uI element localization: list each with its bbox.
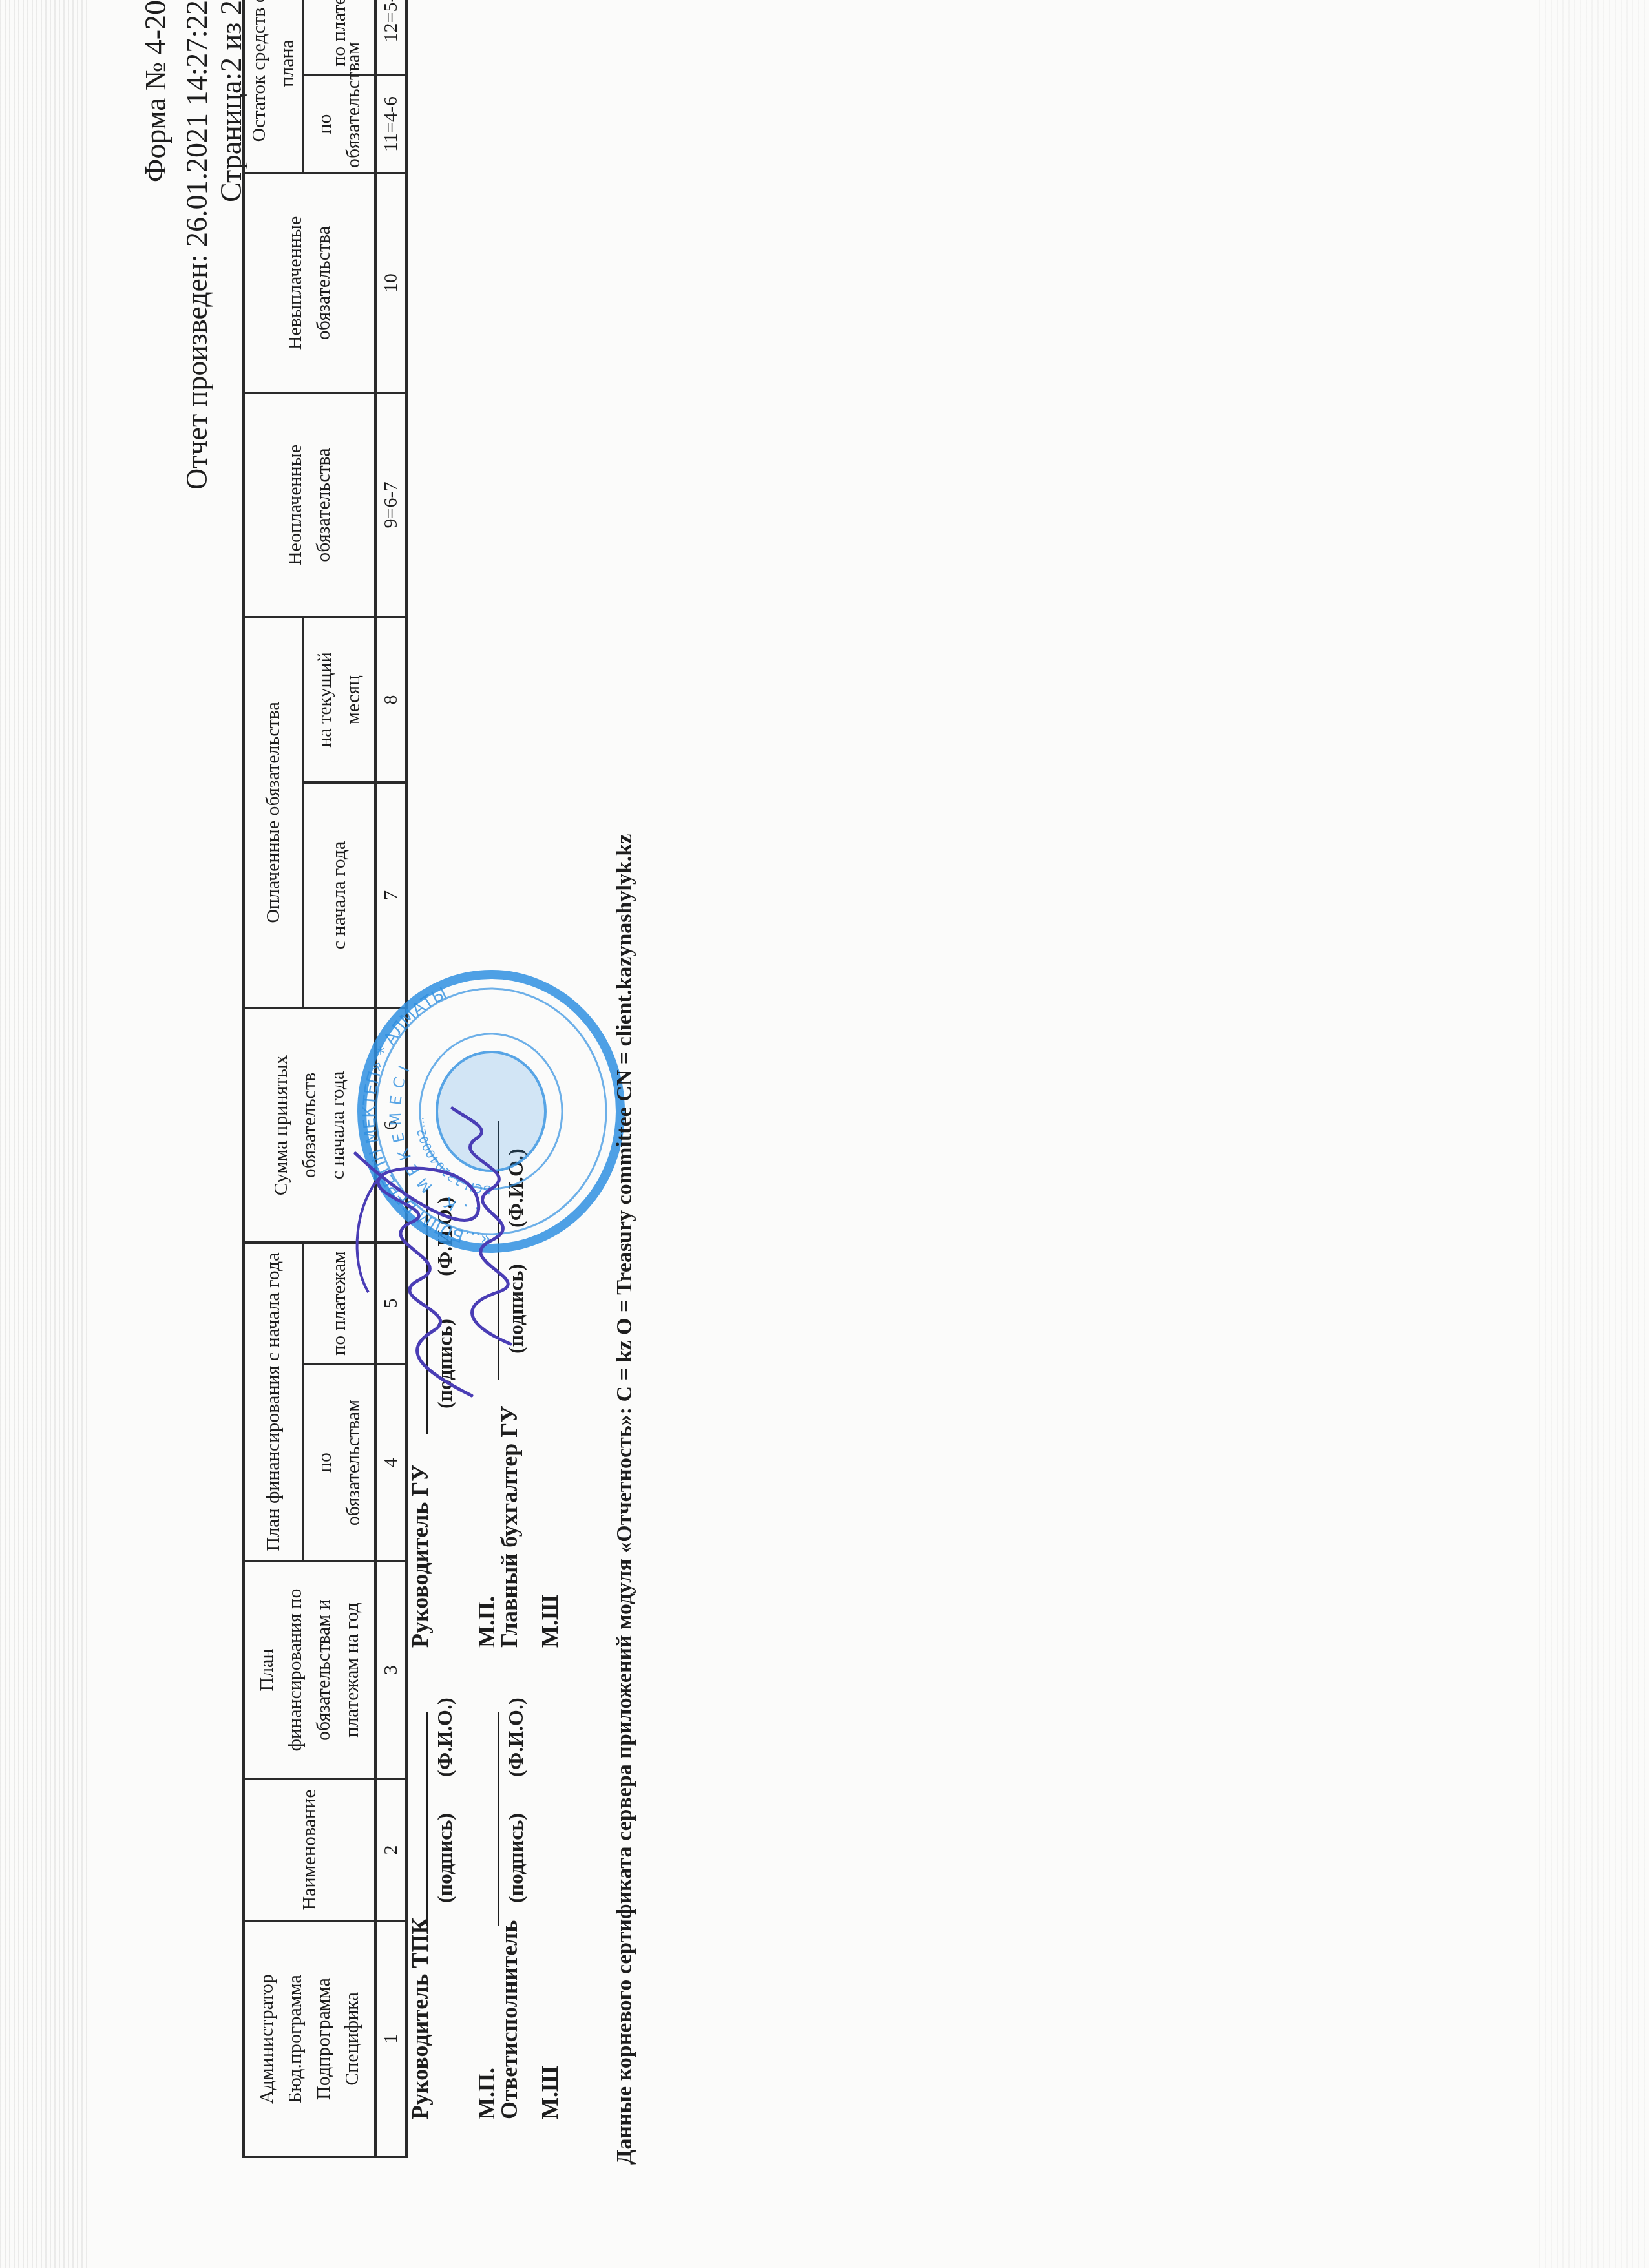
col-header-10: Невыплаченныеобязательства <box>244 173 375 393</box>
group-header-paid-obligations: Оплаченные обязательства <box>244 617 303 1008</box>
header-line: на текущий <box>311 622 339 777</box>
certificate-info: Данные корневого сертификата сервера при… <box>613 834 637 2165</box>
col-number: 11=4-6 <box>375 75 406 173</box>
header-line: с начала года <box>325 788 353 1003</box>
form-number: Форма № 4-20 <box>141 0 171 2132</box>
header-line: Наименование <box>295 1784 324 1916</box>
seal-mp-label: М.П. <box>475 1596 498 1648</box>
name-caption: (Ф.И.О.) <box>505 1697 526 1777</box>
col-number: 12=5-7 <box>375 0 406 75</box>
handwritten-signature-icon <box>439 1105 530 1350</box>
col-number: 1 <box>375 1921 406 2157</box>
header-line: по <box>311 1369 339 1556</box>
col-header-2: Наименование <box>244 1779 375 1921</box>
gu-head-label: Руководитель ГУ <box>408 1464 432 1648</box>
col-number: 2 <box>375 1779 406 1921</box>
header-line: платежам на год <box>338 1566 366 1774</box>
header-line: Невыплаченные <box>281 178 310 388</box>
header-line: обязательства <box>310 398 338 612</box>
signature-caption: (подпись) <box>505 1813 526 1903</box>
seal-msh-label: М.Ш <box>538 1594 562 1648</box>
col-header-11: пообязательствам <box>303 75 375 173</box>
header-line: Администратор <box>253 1926 281 2152</box>
col-header-12: по платежам <box>303 0 375 75</box>
col-number: 3 <box>375 1561 406 1779</box>
col-header-9: Неоплаченныеобязательства <box>244 393 375 617</box>
header-line: финансирования по <box>281 1566 310 1774</box>
group-header-balance: Остаток средств от плана <box>244 0 303 173</box>
header-row-groups: АдминистраторБюд.программаПодпрограммаСп… <box>244 0 303 2157</box>
header-line: обязательств <box>295 1013 324 1237</box>
responsible-label: Ответисполнитель <box>498 1920 521 2119</box>
header-line: Сумма принятых <box>267 1013 295 1237</box>
name-caption: (Ф.И.О.) <box>434 1697 455 1777</box>
generated-timestamp: Отчет произведен: 26.01.2021 14:27:22 <box>182 0 212 2132</box>
header-line: по <box>311 80 339 168</box>
header-line: План <box>253 1566 281 1774</box>
header-line: обязательствам и <box>310 1566 338 1774</box>
seal-mp-label: М.П. <box>475 2068 498 2119</box>
header-line: Подпрограмма <box>310 1926 338 2152</box>
tpk-head-signature-line <box>426 1712 428 1926</box>
col-header-1: АдминистраторБюд.программаПодпрограммаСп… <box>244 1921 375 2157</box>
col-number: 10 <box>375 173 406 393</box>
col-number: 9=6-7 <box>375 393 406 617</box>
header-line: Бюд.программа <box>281 1926 310 2152</box>
header-line: Неоплаченные <box>281 398 310 612</box>
responsible-signature-line <box>498 1712 499 1926</box>
col-header-3: Планфинансирования пообязательствам ипла… <box>244 1561 375 1779</box>
col-number: 8 <box>375 617 406 782</box>
report-page: Форма № 4-20 Отчет произведен: 26.01.202… <box>0 0 1649 2268</box>
tpk-head-label: Руководитель ТПК <box>408 1918 432 2120</box>
header-line: обязательства <box>310 178 338 388</box>
header-line: по платежам <box>325 0 353 70</box>
chief-accountant-label: Главный бухгалтер ГУ <box>498 1405 521 1648</box>
header-line: месяц <box>339 622 368 777</box>
group-header-financing-plan: План финансирования с начала года <box>244 1243 303 1561</box>
seal-msh-label: М.Ш <box>538 2066 562 2119</box>
signature-caption: (подпись) <box>434 1813 455 1903</box>
col-header-8: на текущиймесяц <box>303 617 375 782</box>
header-line: обязательствам <box>339 80 368 168</box>
header-line: Специфика <box>338 1926 366 2152</box>
